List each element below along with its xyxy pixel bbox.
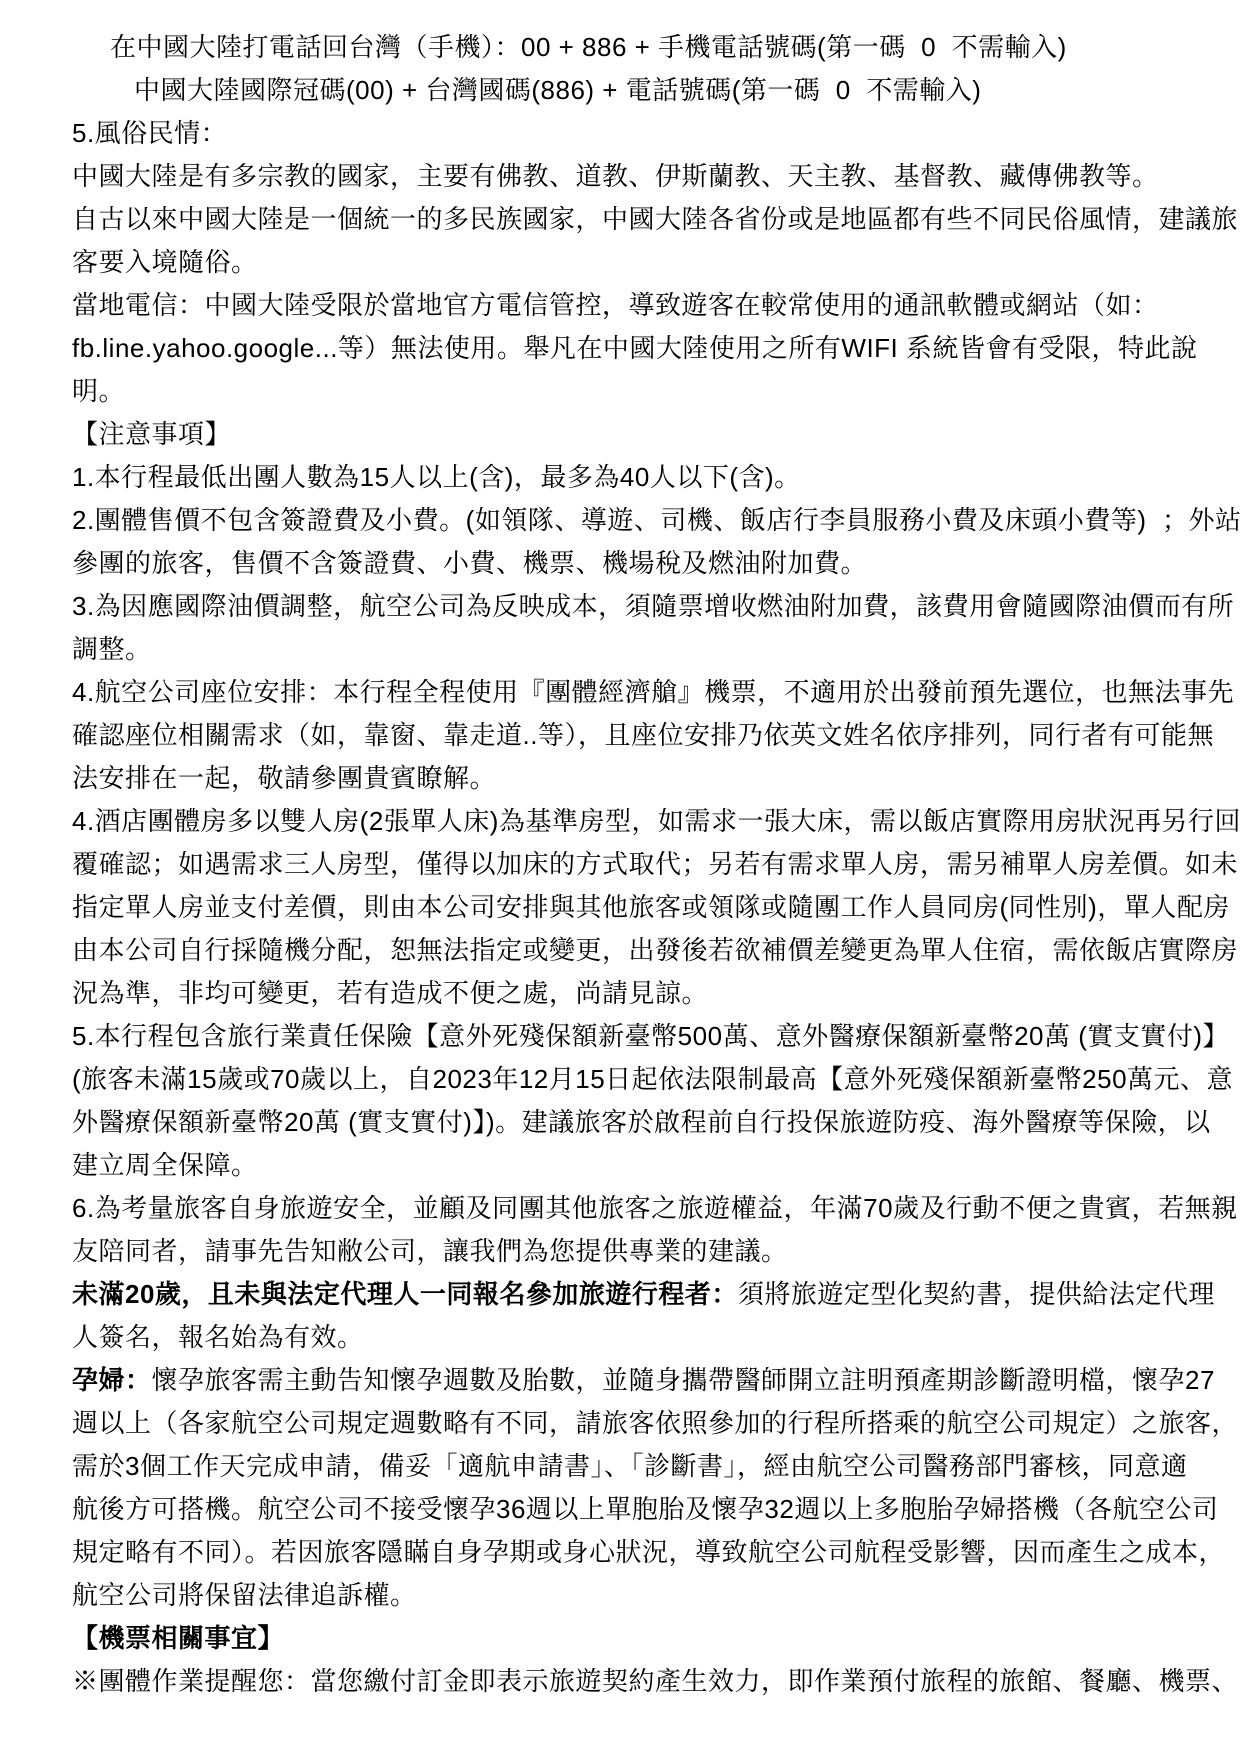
- text-line: 人簽名，報名始為有效。: [72, 1316, 1191, 1359]
- text-line: 規定略有不同）。若因旅客隱瞞自身孕期或身心狀況，導致航空公司航程受影響，因而產生…: [72, 1531, 1191, 1574]
- text-line: 當地電信：中國大陸受限於當地官方電信管控，導致遊客在較常使用的通訊軟體或網站（如…: [72, 284, 1191, 327]
- text-line: fb.line.yahoo.google...等）無法使用。舉凡在中國大陸使用之…: [72, 327, 1191, 370]
- body-text: 須將旅遊定型化契約書，提供給法定代理: [738, 1279, 1215, 1309]
- text-line: 需於3個工作天完成申請，備妥「適航申請書」、「診斷書」，經由航空公司醫務部門審核…: [72, 1445, 1191, 1488]
- text-line: 1.本行程最低出團人數為15人以上(含)，最多為40人以下(含)。: [72, 456, 1191, 499]
- text-line: 參團的旅客，售價不含簽證費、小費、機票、機場稅及燃油附加費。: [72, 542, 1191, 585]
- text-line: 4.航空公司座位安排：本行程全程使用『團體經濟艙』機票，不適用於出發前預先選位，…: [72, 671, 1191, 714]
- section-heading-notes: 【注意事項】: [72, 413, 1191, 456]
- text-line: 2.團體售價不包含簽證費及小費。(如領隊、導遊、司機、飯店行李員服務小費及床頭小…: [72, 499, 1191, 542]
- text-line: 週以上（各家航空公司規定週數略有不同，請旅客依照參加的行程所搭乘的航空公司規定）…: [72, 1402, 1191, 1445]
- text-line: 指定單人房並支付差價，則由本公司安排與其他旅客或領隊或隨團工作人員同房(同性別)…: [72, 886, 1191, 929]
- text-line: 由本公司自行採隨機分配，恕無法指定或變更，出發後若欲補價差變更為單人住宿，需依飯…: [72, 929, 1191, 972]
- text-line: 明。: [72, 370, 1191, 413]
- minor-notice-line: 未滿20歲，且未與法定代理人一同報名參加旅遊行程者：須將旅遊定型化契約書，提供給…: [72, 1273, 1191, 1316]
- text-line: 航後方可搭機。航空公司不接受懷孕36週以上單胞胎及懷孕32週以上多胞胎孕婦搭機（…: [72, 1488, 1191, 1531]
- document-page: 在中國大陸打電話回台灣（手機）：00 + 886 + 手機電話號碼(第一碼 0 …: [0, 0, 1241, 1755]
- text-line: 5.本行程包含旅行業責任保險【意外死殘保額新臺幣500萬、意外醫療保額新臺幣20…: [72, 1015, 1191, 1058]
- text-line: 自古以來中國大陸是一個統一的多民族國家，中國大陸各省份或是地區都有些不同民俗風情…: [72, 198, 1191, 241]
- text-line: (旅客未滿15歲或70歲以上，自2023年12月15日起依法限制最高【意外死殘保…: [72, 1058, 1191, 1101]
- text-line: 法安排在一起，敬請參團貴賓瞭解。: [72, 757, 1191, 800]
- text-line: 客要入境隨俗。: [72, 241, 1191, 284]
- bold-lead-text: 孕婦：: [72, 1365, 152, 1395]
- document-body: 在中國大陸打電話回台灣（手機）：00 + 886 + 手機電話號碼(第一碼 0 …: [72, 26, 1191, 1703]
- text-line: 3.為因應國際油價調整，航空公司為反映成本，須隨票增收燃油附加費，該費用會隨國際…: [72, 585, 1191, 628]
- text-line: 調整。: [72, 628, 1191, 671]
- text-line: 6.為考量旅客自身旅遊安全，並顧及同團其他旅客之旅遊權益，年滿70歲及行動不便之…: [72, 1187, 1191, 1230]
- phone-dialing-line-1: 在中國大陸打電話回台灣（手機）：00 + 886 + 手機電話號碼(第一碼 0 …: [72, 26, 1191, 69]
- pregnancy-notice-line: 孕婦：懷孕旅客需主動告知懷孕週數及胎數，並隨身攜帶醫師開立註明預產期診斷證明檔，…: [72, 1359, 1191, 1402]
- text-line: 中國大陸是有多宗教的國家，主要有佛教、道教、伊斯蘭教、天主教、基督教、藏傳佛教等…: [72, 155, 1191, 198]
- text-line: ※團體作業提醒您：當您繳付訂金即表示旅遊契約產生效力，即作業預付旅程的旅館、餐廳…: [72, 1660, 1191, 1703]
- section-heading-ticket: 【機票相關事宜】: [72, 1617, 1191, 1660]
- bold-lead-text: 未滿20歲，且未與法定代理人一同報名參加旅遊行程者：: [72, 1279, 738, 1309]
- text-line: 航空公司將保留法律追訴權。: [72, 1574, 1191, 1617]
- section-5-customs-heading: 5.風俗民情：: [72, 112, 1191, 155]
- text-line: 外醫療保額新臺幣20萬 (實支實付)】)。建議旅客於啟程前自行投保旅遊防疫、海外…: [72, 1101, 1191, 1144]
- text-line: 4.酒店團體房多以雙人房(2張單人床)為基準房型，如需求一張大床，需以飯店實際用…: [72, 800, 1191, 843]
- text-line: 確認座位相關需求（如，靠窗、靠走道..等），且座位安排乃依英文姓名依序排列，同行…: [72, 714, 1191, 757]
- text-line: 況為準，非均可變更，若有造成不便之處，尚請見諒。: [72, 972, 1191, 1015]
- body-text: 懷孕旅客需主動告知懷孕週數及胎數，並隨身攜帶醫師開立註明預產期診斷證明檔，懷孕2…: [152, 1365, 1215, 1395]
- text-line: 覆確認；如遇需求三人房型，僅得以加床的方式取代；另若有需求單人房，需另補單人房差…: [72, 843, 1191, 886]
- phone-dialing-line-2: 中國大陸國際冠碼(00) + 台灣國碼(886) + 電話號碼(第一碼 0 不需…: [72, 69, 1191, 112]
- text-line: 友陪同者，請事先告知敝公司，讓我們為您提供專業的建議。: [72, 1230, 1191, 1273]
- text-line: 建立周全保障。: [72, 1144, 1191, 1187]
